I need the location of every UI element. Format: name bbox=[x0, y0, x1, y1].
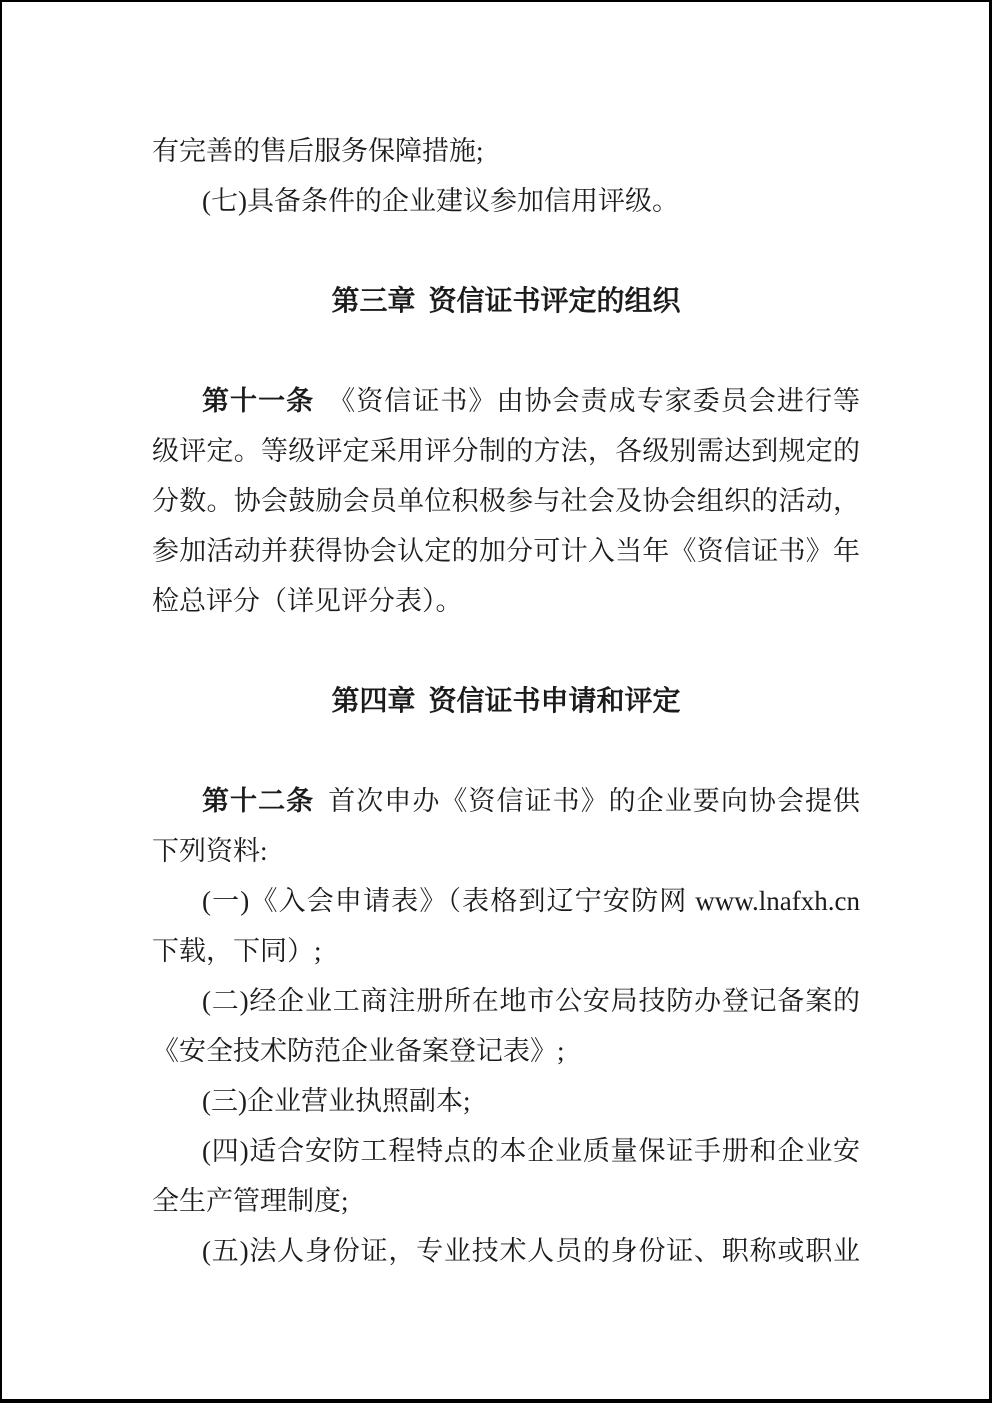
text-line: 级评定。等级评定采用评分制的方法，各级别需达到规定的 bbox=[152, 426, 860, 476]
text-line-content: 参加活动并获得协会认定的加分可计入当年《资信证书》年 bbox=[152, 536, 860, 566]
text-line-content: (四)适合安防工程特点的本企业质量保证手册和企业安 bbox=[202, 1136, 860, 1166]
text-line-content: (一)《入会申请表》（表格到辽宁安防网 www.lnafxh.cn bbox=[202, 886, 860, 916]
text-line: (七)具备条件的企业建议参加信用评级。 bbox=[152, 176, 860, 226]
text-line: 全生产管理制度; bbox=[152, 1176, 860, 1226]
text-line-content: (五)法人身份证，专业技术人员的身份证、职称或职业 bbox=[202, 1236, 860, 1266]
chapter-title: 资信证书申请和评定 bbox=[429, 685, 681, 716]
text-line: 下列资料: bbox=[152, 826, 860, 876]
text-line-content: 首次申办《资信证书》的企业要向协会提供 bbox=[328, 786, 860, 816]
text-line-content: 检总评分（详见评分表）。 bbox=[152, 586, 463, 616]
text-line: 参加活动并获得协会认定的加分可计入当年《资信证书》年 bbox=[152, 526, 860, 576]
text-line-content: 有完善的售后服务保障措施; bbox=[152, 136, 484, 166]
text-line: (五)法人身份证，专业技术人员的身份证、职称或职业 bbox=[152, 1226, 860, 1276]
text-line: 有完善的售后服务保障措施; bbox=[152, 126, 860, 176]
text-line: 下载，下同）; bbox=[152, 926, 860, 976]
text-line: 检总评分（详见评分表）。 bbox=[152, 576, 860, 626]
text-line: 分数。协会鼓励会员单位积极参与社会及协会组织的活动， bbox=[152, 476, 860, 526]
text-line-content: 下载，下同）; bbox=[152, 936, 322, 966]
text-line-content: 分数。协会鼓励会员单位积极参与社会及协会组织的活动， bbox=[152, 486, 860, 516]
chapter-title: 资信证书评定的组织 bbox=[429, 285, 681, 316]
chapter-number: 第三章 bbox=[331, 285, 415, 316]
chapter-heading: 第四章资信证书申请和评定 bbox=[152, 676, 860, 726]
page-content: 有完善的售后服务保障措施; (七)具备条件的企业建议参加信用评级。 第三章资信证… bbox=[152, 126, 860, 1276]
text-line-content: 《资信证书》由协会责成专家委员会进行等 bbox=[328, 386, 860, 416]
text-line: 第十二条首次申办《资信证书》的企业要向协会提供 bbox=[152, 776, 860, 826]
text-line: 第十一条《资信证书》由协会责成专家委员会进行等 bbox=[152, 376, 860, 426]
chapter-heading: 第三章资信证书评定的组织 bbox=[152, 276, 860, 326]
chapter-number: 第四章 bbox=[331, 685, 415, 716]
text-line: (三)企业营业执照副本; bbox=[152, 1076, 860, 1126]
text-line-content: (三)企业营业执照副本; bbox=[202, 1086, 470, 1116]
text-line: 《安全技术防范企业备案登记表》; bbox=[152, 1026, 860, 1076]
text-line: (一)《入会申请表》（表格到辽宁安防网 www.lnafxh.cn bbox=[152, 876, 860, 926]
document-page: 有完善的售后服务保障措施; (七)具备条件的企业建议参加信用评级。 第三章资信证… bbox=[0, 0, 992, 1403]
text-line: (二)经企业工商注册所在地市公安局技防办登记备案的 bbox=[152, 976, 860, 1026]
article-number: 第十二条 bbox=[202, 786, 314, 816]
text-line-content: 下列资料: bbox=[152, 836, 268, 866]
text-line-content: 《安全技术防范企业备案登记表》; bbox=[152, 1036, 565, 1066]
text-line-content: 全生产管理制度; bbox=[152, 1186, 349, 1216]
article-number: 第十一条 bbox=[202, 386, 314, 416]
text-line-content: 级评定。等级评定采用评分制的方法，各级别需达到规定的 bbox=[152, 436, 860, 466]
text-line: (四)适合安防工程特点的本企业质量保证手册和企业安 bbox=[152, 1126, 860, 1176]
text-line-content: (七)具备条件的企业建议参加信用评级。 bbox=[202, 186, 679, 216]
text-line-content: (二)经企业工商注册所在地市公安局技防办登记备案的 bbox=[202, 986, 860, 1016]
